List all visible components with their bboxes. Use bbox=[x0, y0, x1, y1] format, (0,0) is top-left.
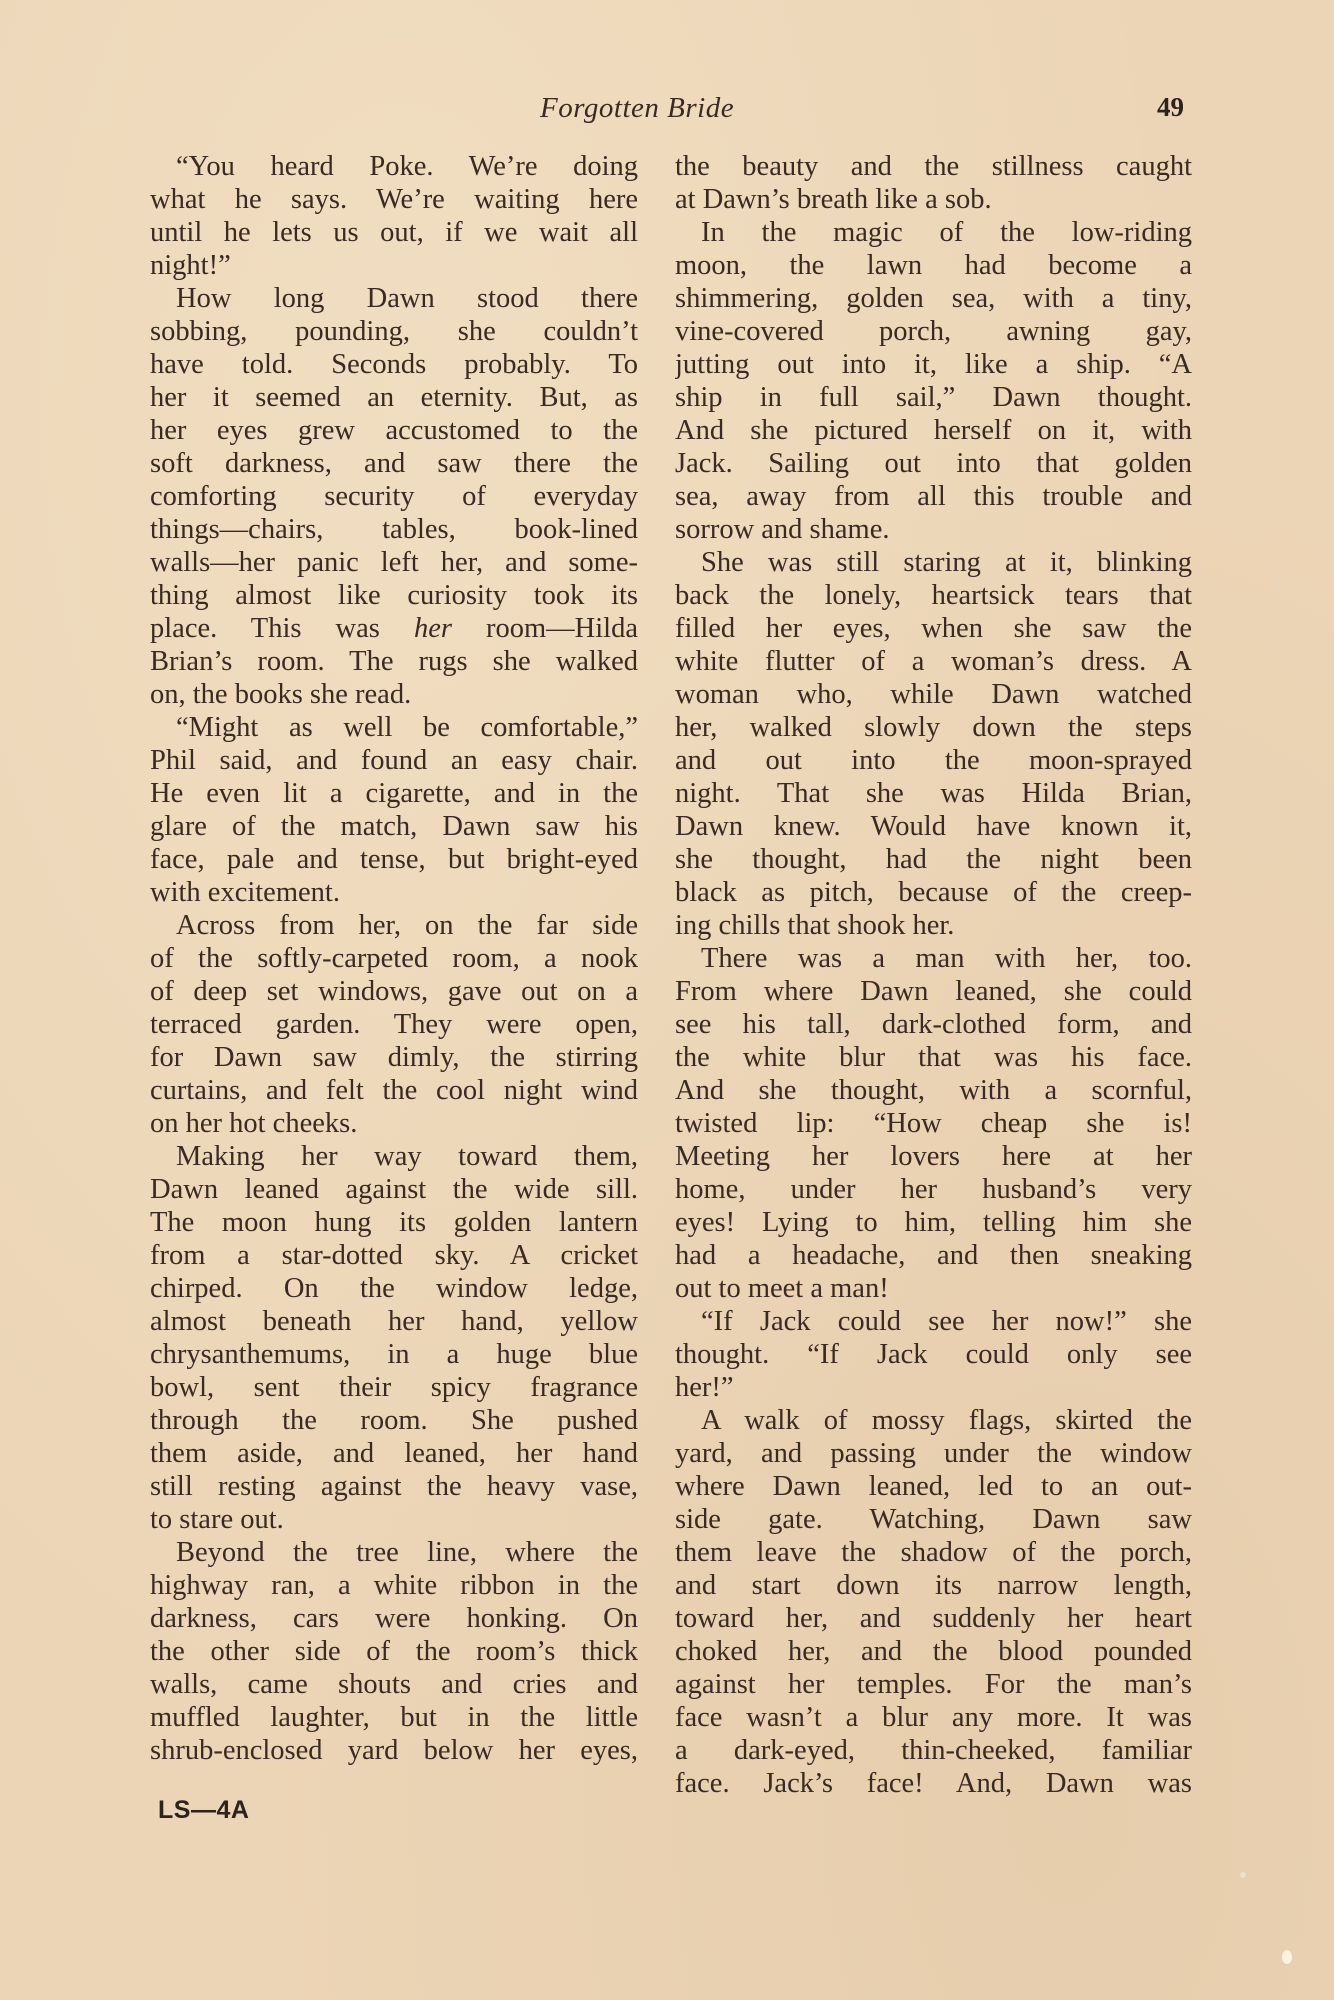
text-line: “If Jack could see her now!” she bbox=[675, 1305, 1192, 1338]
text-line: from a star-dotted sky. A cricket bbox=[150, 1239, 638, 1272]
text-line: darkness, cars were honking. On bbox=[150, 1602, 638, 1635]
text-line: Dawn leaned against the wide sill. bbox=[150, 1173, 638, 1206]
text-line: Across from her, on the far side bbox=[150, 909, 638, 942]
text-line: shrub-enclosed yard below her eyes, bbox=[150, 1734, 638, 1767]
text-line: out to meet a man! bbox=[675, 1272, 1192, 1305]
text-line: almost beneath her hand, yellow bbox=[150, 1305, 638, 1338]
text-line: Making her way toward them, bbox=[150, 1140, 638, 1173]
text-line: home, under her husband’s very bbox=[675, 1173, 1192, 1206]
text-line: to stare out. bbox=[150, 1503, 638, 1536]
text-line: them leave the shadow of the porch, bbox=[675, 1536, 1192, 1569]
text-line: see his tall, dark-clothed form, and bbox=[675, 1008, 1192, 1041]
text-line: moon, the lawn had become a bbox=[675, 249, 1192, 282]
text-line: There was a man with her, too. bbox=[675, 942, 1192, 975]
text-line: And she thought, with a scornful, bbox=[675, 1074, 1192, 1107]
text-line: sobbing, pounding, she couldn’t bbox=[150, 315, 638, 348]
text-line: filled her eyes, when she saw the bbox=[675, 612, 1192, 645]
text-line: Beyond the tree line, where the bbox=[150, 1536, 638, 1569]
book-page: Forgotten Bride 49 “You heard Poke. We’r… bbox=[0, 0, 1334, 2000]
text-line: bowl, sent their spicy fragrance bbox=[150, 1371, 638, 1404]
text-line: yard, and passing under the window bbox=[675, 1437, 1192, 1470]
text-line: on her hot cheeks. bbox=[150, 1107, 638, 1140]
text-line: toward her, and suddenly her heart bbox=[675, 1602, 1192, 1635]
text-line: the beauty and the stillness caught bbox=[675, 150, 1192, 183]
text-line: had a headache, and then sneaking bbox=[675, 1239, 1192, 1272]
text-line: sea, away from all this trouble and bbox=[675, 480, 1192, 513]
text-line: of deep set windows, gave out on a bbox=[150, 975, 638, 1008]
text-line: And she pictured herself on it, with bbox=[675, 414, 1192, 447]
text-line: The moon hung its golden lantern bbox=[150, 1206, 638, 1239]
text-fragment: room—Hilda bbox=[452, 613, 638, 644]
text-line: highway ran, a white ribbon in the bbox=[150, 1569, 638, 1602]
text-line: side gate. Watching, Dawn saw bbox=[675, 1503, 1192, 1536]
text-line: “Might as well be comfortable,” bbox=[150, 711, 638, 744]
running-title: Forgotten Bride bbox=[540, 92, 734, 125]
text-line: with excitement. bbox=[150, 876, 638, 909]
text-line: “You heard Poke. We’re doing bbox=[150, 150, 638, 183]
text-line: on, the books she read. bbox=[150, 678, 638, 711]
text-line: shimmering, golden sea, with a tiny, bbox=[675, 282, 1192, 315]
text-line: From where Dawn leaned, she could bbox=[675, 975, 1192, 1008]
text-line: she thought, had the night been bbox=[675, 843, 1192, 876]
text-line: twisted lip: “How cheap she is! bbox=[675, 1107, 1192, 1140]
text-line: back the lonely, heartsick tears that bbox=[675, 579, 1192, 612]
text-line: Phil said, and found an easy chair. bbox=[150, 744, 638, 777]
text-line: her eyes grew accustomed to the bbox=[150, 414, 638, 447]
emphasis-text: her bbox=[414, 613, 452, 644]
text-line: soft darkness, and saw there the bbox=[150, 447, 638, 480]
text-line: Brian’s room. The rugs she walked bbox=[150, 645, 638, 678]
text-line: comforting security of everyday bbox=[150, 480, 638, 513]
text-line: Dawn knew. Would have known it, bbox=[675, 810, 1192, 843]
text-line: place. This was her room—Hilda bbox=[150, 612, 638, 645]
text-line: night!” bbox=[150, 249, 638, 282]
text-line: her!” bbox=[675, 1371, 1192, 1404]
text-line: at Dawn’s breath like a sob. bbox=[675, 183, 1192, 216]
text-line: thought. “If Jack could only see bbox=[675, 1338, 1192, 1371]
paper-speck bbox=[1282, 1950, 1292, 1964]
signature-mark: LS—4A bbox=[158, 1796, 249, 1825]
text-line: the other side of the room’s thick bbox=[150, 1635, 638, 1668]
text-line: against her temples. For the man’s bbox=[675, 1668, 1192, 1701]
text-line: ing chills that shook her. bbox=[675, 909, 1192, 942]
text-line: Jack. Sailing out into that golden bbox=[675, 447, 1192, 480]
text-line: black as pitch, because of the creep- bbox=[675, 876, 1192, 909]
text-line: choked her, and the blood pounded bbox=[675, 1635, 1192, 1668]
text-line: white flutter of a woman’s dress. A bbox=[675, 645, 1192, 678]
text-line: He even lit a cigarette, and in the bbox=[150, 777, 638, 810]
text-line: walls, came shouts and cries and bbox=[150, 1668, 638, 1701]
text-line: a dark-eyed, thin-cheeked, familiar bbox=[675, 1734, 1192, 1767]
text-line: vine-covered porch, awning gay, bbox=[675, 315, 1192, 348]
left-column: “You heard Poke. We’re doingwhat he says… bbox=[150, 150, 638, 1767]
text-line: curtains, and felt the cool night wind bbox=[150, 1074, 638, 1107]
text-line: face wasn’t a blur any more. It was bbox=[675, 1701, 1192, 1734]
text-line: and out into the moon-sprayed bbox=[675, 744, 1192, 777]
text-line: Meeting her lovers here at her bbox=[675, 1140, 1192, 1173]
text-line: eyes! Lying to him, telling him she bbox=[675, 1206, 1192, 1239]
text-line: thing almost like curiosity took its bbox=[150, 579, 638, 612]
text-line: terraced garden. They were open, bbox=[150, 1008, 638, 1041]
text-line: until he lets us out, if we wait all bbox=[150, 216, 638, 249]
text-line: face, pale and tense, but bright-eyed bbox=[150, 843, 638, 876]
text-line: sorrow and shame. bbox=[675, 513, 1192, 546]
text-line: things—chairs, tables, book-lined bbox=[150, 513, 638, 546]
text-line: them aside, and leaned, her hand bbox=[150, 1437, 638, 1470]
text-line: where Dawn leaned, led to an out- bbox=[675, 1470, 1192, 1503]
text-line: In the magic of the low-riding bbox=[675, 216, 1192, 249]
text-line: A walk of mossy flags, skirted the bbox=[675, 1404, 1192, 1437]
text-line: walls—her panic left her, and some- bbox=[150, 546, 638, 579]
text-line: through the room. She pushed bbox=[150, 1404, 638, 1437]
text-line: still resting against the heavy vase, bbox=[150, 1470, 638, 1503]
text-fragment: place. This was bbox=[150, 613, 414, 644]
text-line: her, walked slowly down the steps bbox=[675, 711, 1192, 744]
text-line: chrysanthemums, in a huge blue bbox=[150, 1338, 638, 1371]
text-line: night. That she was Hilda Brian, bbox=[675, 777, 1192, 810]
text-line: and start down its narrow length, bbox=[675, 1569, 1192, 1602]
text-line: of the softly-carpeted room, a nook bbox=[150, 942, 638, 975]
page-number: 49 bbox=[1157, 92, 1184, 123]
text-line: glare of the match, Dawn saw his bbox=[150, 810, 638, 843]
text-line: jutting out into it, like a ship. “A bbox=[675, 348, 1192, 381]
text-line: woman who, while Dawn watched bbox=[675, 678, 1192, 711]
text-line: chirped. On the window ledge, bbox=[150, 1272, 638, 1305]
text-line: her it seemed an eternity. But, as bbox=[150, 381, 638, 414]
text-line: ship in full sail,” Dawn thought. bbox=[675, 381, 1192, 414]
text-line: How long Dawn stood there bbox=[150, 282, 638, 315]
paper-speck bbox=[1240, 1872, 1246, 1878]
text-line: face. Jack’s face! And, Dawn was bbox=[675, 1767, 1192, 1800]
text-line: for Dawn saw dimly, the stirring bbox=[150, 1041, 638, 1074]
text-line: have told. Seconds probably. To bbox=[150, 348, 638, 381]
right-column: the beauty and the stillness caughtat Da… bbox=[675, 150, 1192, 1800]
text-line: the white blur that was his face. bbox=[675, 1041, 1192, 1074]
text-line: what he says. We’re waiting here bbox=[150, 183, 638, 216]
text-line: She was still staring at it, blinking bbox=[675, 546, 1192, 579]
text-line: muffled laughter, but in the little bbox=[150, 1701, 638, 1734]
